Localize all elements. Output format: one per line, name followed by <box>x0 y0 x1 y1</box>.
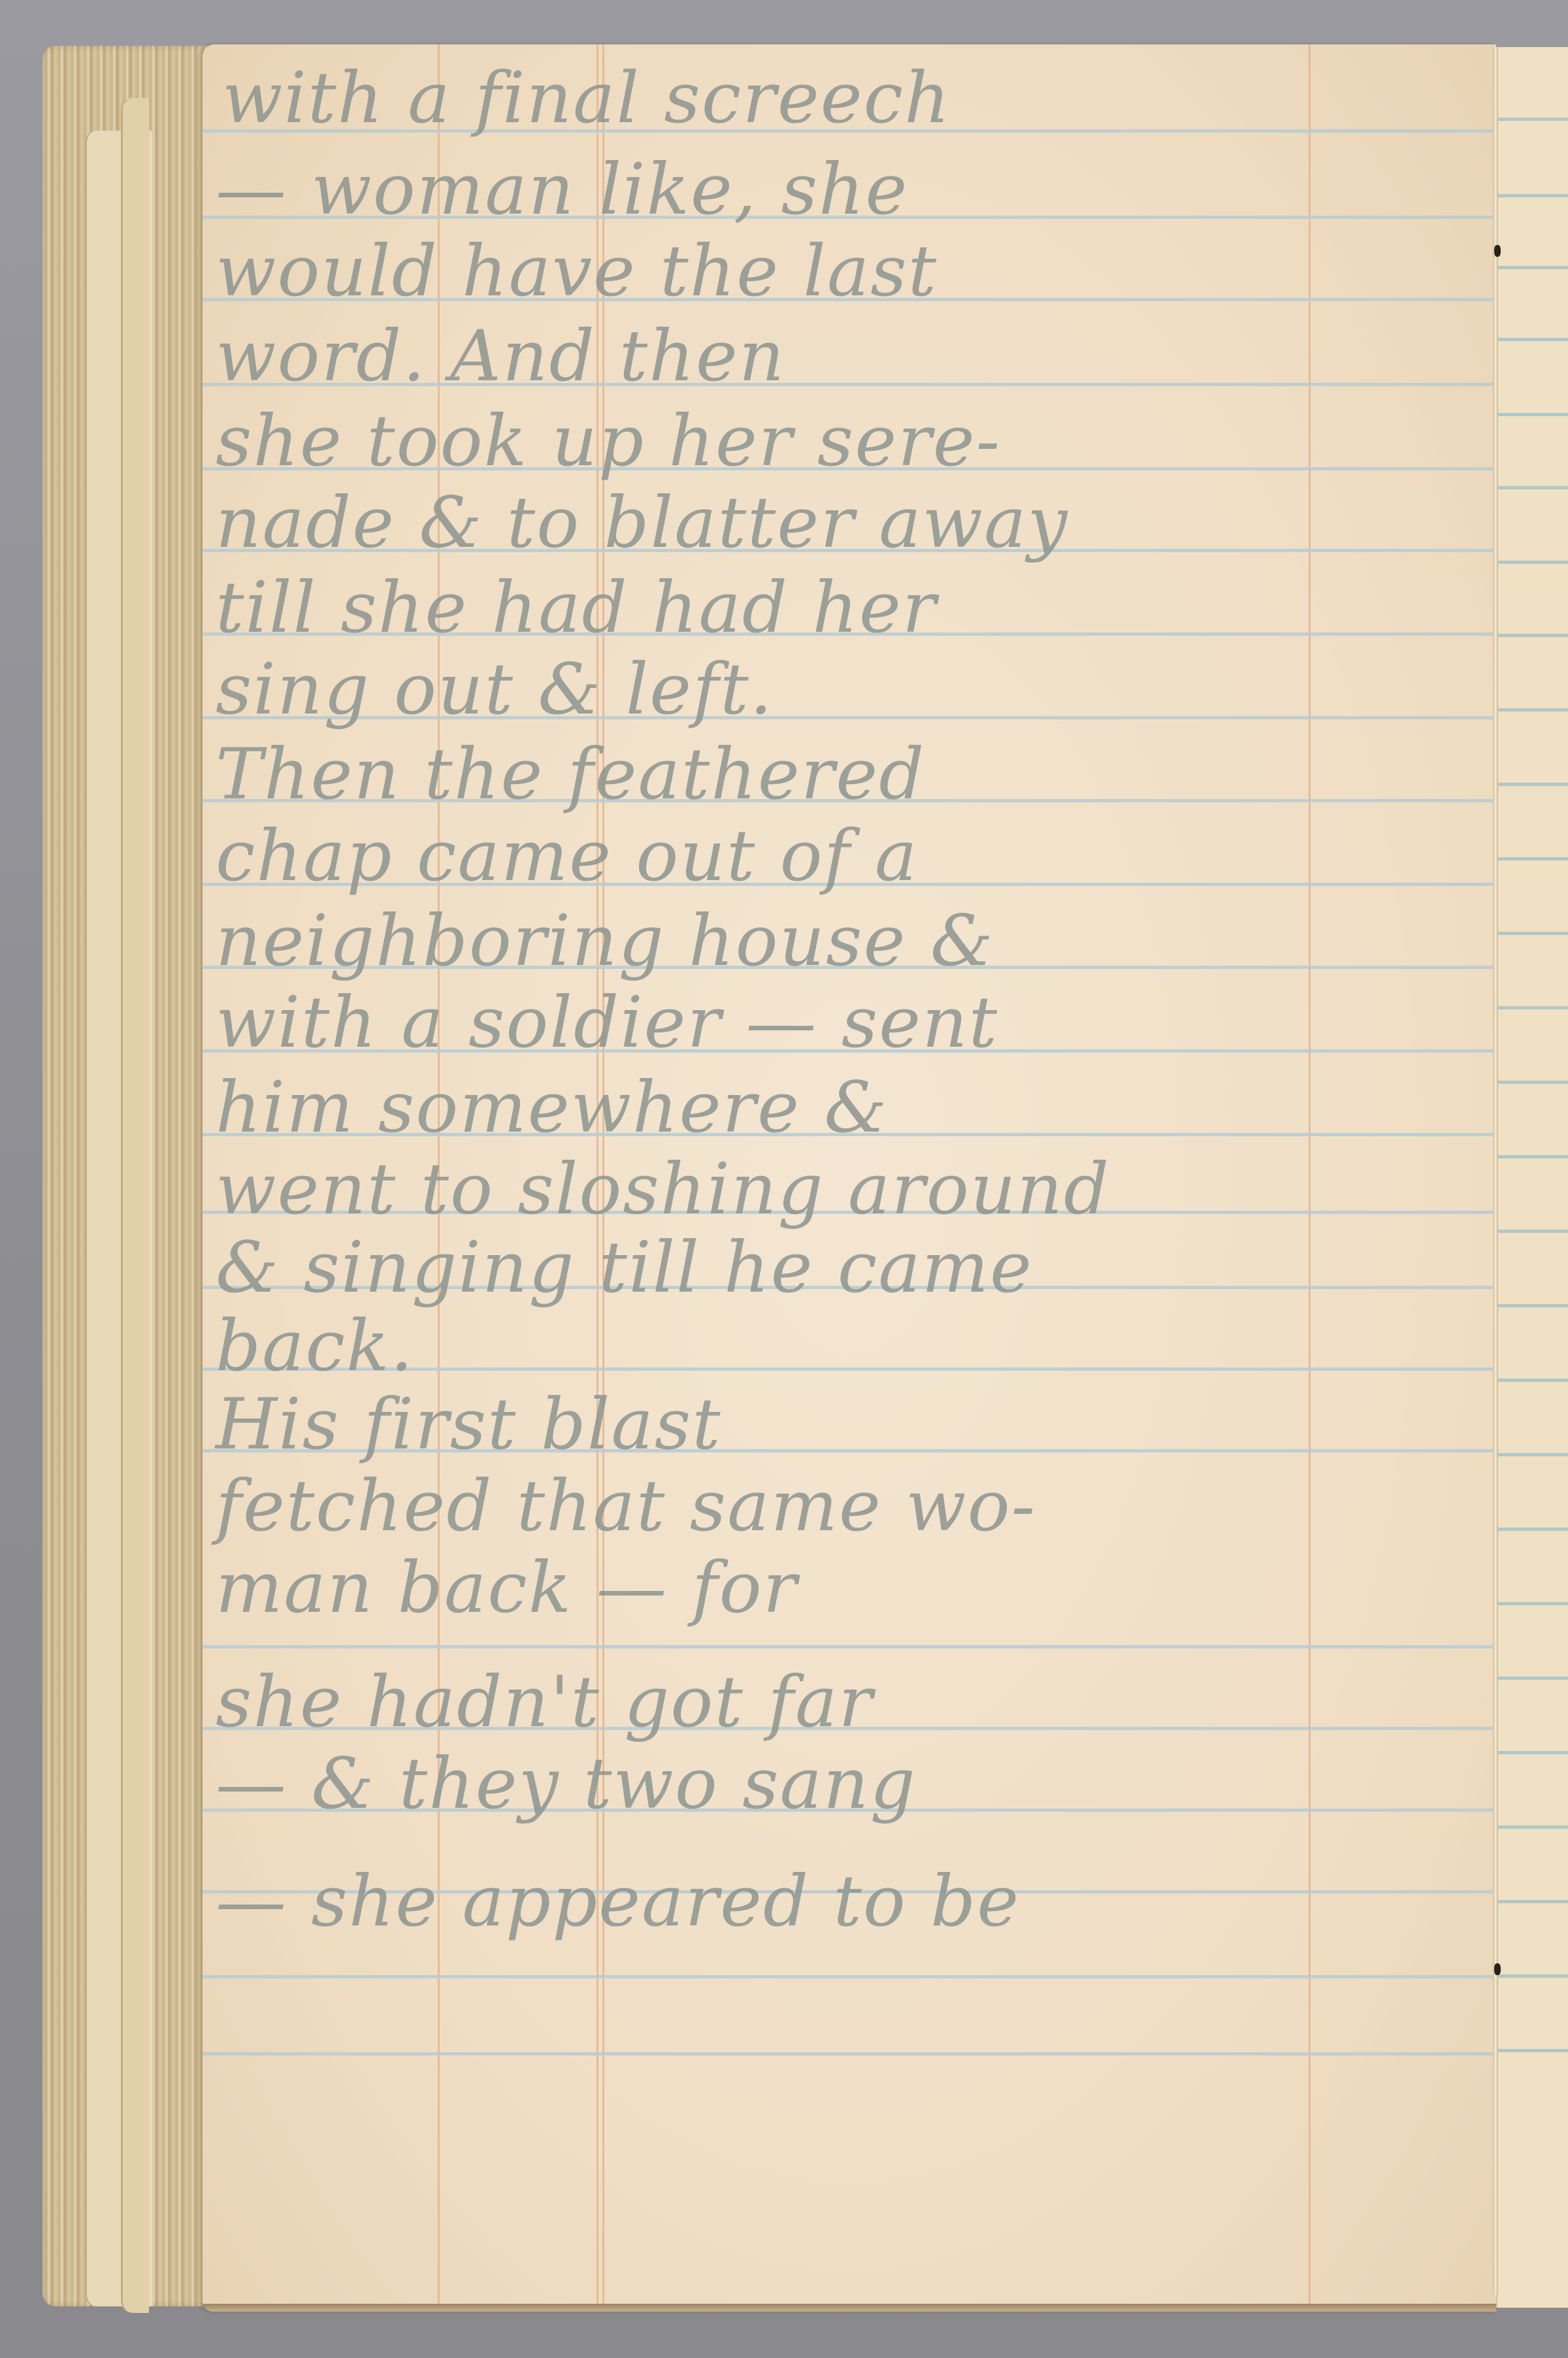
book-gutter <box>1493 47 1498 2295</box>
ruled-line <box>1497 1081 1568 1084</box>
handwritten-line: neighboring house & <box>216 900 994 982</box>
handwritten-line: sing out & left. <box>216 649 774 730</box>
ruled-line <box>1497 783 1568 786</box>
handwritten-line: went to sloshing around <box>216 1149 1110 1230</box>
ruled-line <box>1497 1304 1568 1307</box>
handwritten-line: His first blast <box>216 1384 722 1466</box>
ruled-line <box>1497 857 1568 860</box>
ruled-line <box>1497 1006 1568 1009</box>
ruled-line <box>1497 1528 1568 1531</box>
ruled-line <box>1497 1230 1568 1233</box>
ruled-line <box>1497 1155 1568 1158</box>
ruled-line <box>1497 932 1568 935</box>
ruled-line <box>203 2052 1496 2055</box>
ruled-line <box>1497 118 1568 121</box>
page-bottom-edge <box>203 2304 1496 2312</box>
notebook-page: with a final screech — woman like, she w… <box>203 44 1496 2312</box>
handwritten-line: man back — for <box>216 1547 798 1629</box>
ruled-line <box>1497 1453 1568 1456</box>
binding-thread-mark <box>1494 1963 1501 1975</box>
ruled-line <box>1497 413 1568 416</box>
handwritten-line: him somewhere & <box>216 1067 889 1149</box>
page-stack-edges <box>42 46 212 2306</box>
ruled-line <box>1497 1602 1568 1605</box>
handwritten-line: back. <box>216 1305 414 1387</box>
handwritten-line: Then the feathered <box>216 734 925 815</box>
handwritten-line: with a final screech <box>222 57 951 139</box>
ruled-line <box>1497 1900 1568 1903</box>
handwritten-line: she took up her sere- <box>216 401 1001 482</box>
handwritten-line: till she had had her <box>216 567 938 649</box>
handwritten-line: nade & to blatter away <box>216 482 1069 564</box>
handwritten-line: & singing till he came <box>216 1227 1033 1309</box>
handwritten-line: fetched that same wo- <box>216 1466 1036 1547</box>
binding-thread-mark <box>1494 245 1501 257</box>
ruled-line <box>1497 561 1568 564</box>
ruled-line <box>203 1975 1496 1978</box>
handwritten-line: word. And then <box>216 316 785 397</box>
ruled-line <box>1497 1974 1568 1978</box>
handwritten-line: she hadn't got far <box>216 1662 874 1743</box>
ruled-line <box>1497 708 1568 712</box>
stacked-leaf <box>121 98 149 2313</box>
ruled-line <box>1497 634 1568 637</box>
ruled-line <box>1497 2049 1568 2052</box>
handwritten-line: — & they two sang <box>216 1743 917 1825</box>
facing-page <box>1496 47 1568 2308</box>
ruled-line <box>1497 486 1568 489</box>
handwritten-line: — woman like, she <box>216 149 908 231</box>
handwritten-line: with a soldier — sent <box>216 982 998 1064</box>
handwritten-line: — she appeared to be <box>216 1861 1020 1942</box>
ruled-line <box>1497 1379 1568 1382</box>
handwritten-line: would have the last <box>216 231 938 312</box>
ruled-line <box>1497 338 1568 341</box>
ruled-line <box>1497 266 1568 269</box>
ruled-line <box>1497 1826 1568 1829</box>
handwritten-line: chap came out of a <box>216 815 918 897</box>
ruled-line <box>1497 1677 1568 1680</box>
ruled-line <box>203 1645 1496 1648</box>
ruled-line <box>1497 194 1568 197</box>
ruled-line <box>1497 1751 1568 1754</box>
